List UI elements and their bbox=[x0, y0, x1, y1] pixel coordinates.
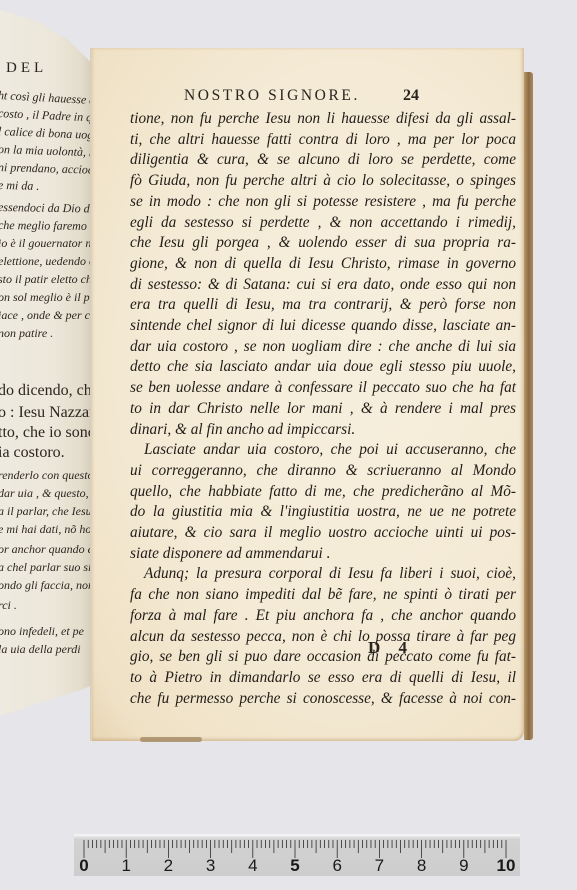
paragraph-start-line: Adunq; la presura corporal di Iesu fa li… bbox=[130, 564, 516, 585]
page-tear-mark bbox=[140, 737, 202, 742]
text-line: dar uia costoro , se non uogliam dire : … bbox=[130, 337, 516, 358]
page-number: 24 bbox=[403, 87, 419, 105]
text-line: sintende chel signor di lui dicesse quan… bbox=[130, 316, 516, 337]
ruler-label: 5 bbox=[290, 856, 299, 876]
left-running-head: DEL bbox=[6, 60, 47, 77]
left-text-line: ondo gli faccia, non bbox=[0, 578, 90, 593]
left-text-line: a il parlar, che Iesu bbox=[0, 504, 90, 519]
left-text-line: ia costoro. bbox=[0, 444, 65, 462]
text-line: ti, che altri hauesse fatti contra di lo… bbox=[130, 130, 516, 151]
scale-ruler: 012345678910 bbox=[74, 834, 520, 876]
ruler-label: 9 bbox=[459, 856, 468, 876]
left-page: DEL ht così gli hauesse detcosto , il Pa… bbox=[0, 10, 90, 745]
text-line: se in modo : che non gli si potesse resi… bbox=[130, 192, 516, 213]
left-text-line: la uia della perdi bbox=[0, 642, 81, 657]
ruler-label: 0 bbox=[79, 856, 88, 876]
left-text-line: ono infedeli, et pe bbox=[0, 624, 84, 639]
text-line: ui correggeranno, che diranno & scriuera… bbox=[130, 461, 516, 482]
left-text-line: iace , onde & per co bbox=[0, 308, 90, 323]
ruler-label: 2 bbox=[164, 856, 173, 876]
ruler-ticks bbox=[74, 838, 520, 858]
text-line: se ben uolesse andare à confessare il pe… bbox=[130, 378, 516, 399]
paragraph-start-line: Lasciate andar uia costoro, che poi ui a… bbox=[130, 440, 516, 461]
running-head: NOSTRO SIGNORE. bbox=[184, 87, 360, 105]
left-text-line: on la mia uolontà, non bbox=[0, 142, 90, 161]
left-text-line: ni prendano, accioche bbox=[0, 160, 90, 178]
text-line: gione, & non di quella di Iesu Christo, … bbox=[130, 254, 516, 275]
ruler-label: 8 bbox=[417, 856, 426, 876]
left-text-line: tto, che io sono, bbox=[0, 424, 90, 442]
left-text-line: essendoci da Dio data bbox=[0, 200, 90, 217]
text-line: era tra quelli di Iesu, ma tra contrarij… bbox=[130, 295, 516, 316]
text-line: che Iesu gli porgea , & uolendo esser di… bbox=[130, 233, 516, 254]
left-text-line: non patire . bbox=[0, 326, 53, 341]
text-line: gio, se ben gli si puo dare occasion di … bbox=[130, 647, 516, 668]
body-text: tione, non fu perche Iesu non li hauesse… bbox=[130, 109, 518, 709]
ruler-label: 6 bbox=[332, 856, 341, 876]
left-text-line: elettione, uedendo che bbox=[0, 254, 90, 269]
left-text-line: rci . bbox=[0, 598, 17, 613]
ruler-label: 1 bbox=[121, 856, 130, 876]
text-line: to à Pietro in dimandarlo se esso era di… bbox=[130, 668, 516, 689]
text-line: detto che sia lasciato andar uia doue eg… bbox=[130, 357, 516, 378]
left-text-line: renderlo con questo bbox=[0, 468, 90, 483]
left-text-line: e mi hai dati, nõ ho bbox=[0, 522, 90, 537]
text-line: dinari, & al fin ancho ad impiccarsi. bbox=[130, 420, 516, 441]
text-line: di sestesso: & di Satana: cui si era dat… bbox=[130, 275, 516, 296]
left-text-line: do dicendo, chi bbox=[0, 382, 90, 400]
left-text-line: costo , il Padre in que bbox=[0, 106, 90, 126]
text-line: egli da sestesso si perdette , & non acc… bbox=[130, 213, 516, 234]
left-page-text: DEL ht così gli hauesse detcosto , il Pa… bbox=[0, 10, 90, 745]
ruler-label: 4 bbox=[248, 856, 257, 876]
left-text-line: a chel parlar suo si bbox=[0, 560, 90, 575]
signature-mark: D 4 bbox=[368, 638, 409, 658]
text-line: aiutare, & cio sara il meglio uostro acc… bbox=[130, 523, 516, 544]
text-line: che fu permesso perche si conoscesse, & … bbox=[130, 689, 516, 710]
left-text-line: on sol meglio è il pa bbox=[0, 290, 90, 305]
left-text-line: or anchor quando è bbox=[0, 542, 90, 557]
left-text-line: che meglio faremo se bbox=[0, 218, 90, 234]
page-fore-edge bbox=[524, 72, 533, 740]
text-line: tione, non fu perche Iesu non li hauesse… bbox=[130, 109, 516, 130]
left-text-line: e mi da . bbox=[0, 178, 39, 194]
text-line: to in dar Christo nelle lor mani , & à r… bbox=[130, 399, 516, 420]
ruler-label: 3 bbox=[206, 856, 215, 876]
ruler-label: 10 bbox=[497, 856, 516, 876]
left-text-line: o : Iesu Nazzare bbox=[0, 404, 90, 422]
text-line: alcun da sestesso pecca, non è chi lo po… bbox=[130, 627, 516, 648]
ruler-labels: 012345678910 bbox=[74, 856, 520, 876]
text-line: fò Giuda, non fu perche altri à cio lo s… bbox=[130, 171, 516, 192]
text-line: fa che non siano impediti dal bẽ fare, n… bbox=[130, 585, 516, 606]
text-line: diligentia & cura, & se alcuno di loro s… bbox=[130, 150, 516, 171]
ruler-label: 7 bbox=[375, 856, 384, 876]
text-line: forza à mal fare . Et piu anchora fa , c… bbox=[130, 606, 516, 627]
text-line: siate disponere ad ammendarui . bbox=[130, 544, 516, 565]
left-text-line: sto il patir eletto chel bbox=[0, 272, 90, 287]
left-text-line: dar uia , & questo, bbox=[0, 486, 89, 501]
left-text-line: l calice di bona uoglia, bbox=[0, 124, 90, 143]
left-text-line: ht così gli hauesse det bbox=[0, 88, 90, 109]
text-line: quello, che habbiate fatto di me, che pr… bbox=[130, 482, 516, 503]
left-text-line: io è il gouernator no bbox=[0, 236, 90, 251]
text-line: do la giustitia mia & l'ingiustitia uost… bbox=[130, 502, 516, 523]
